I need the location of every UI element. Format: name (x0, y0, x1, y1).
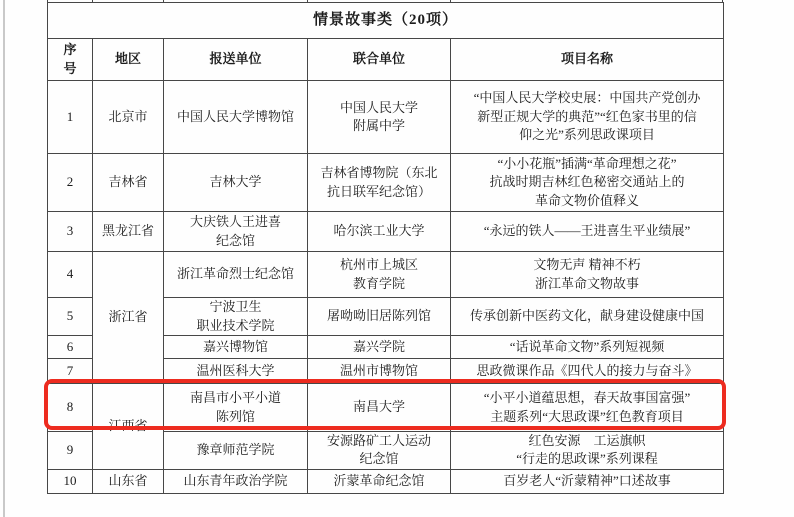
cell-region: 山东省 (93, 469, 164, 493)
table-row: 4浙江省浙江革命烈士纪念馆杭州市上城区 教育学院文物无声 精神不朽 浙江革命文物… (48, 252, 724, 298)
cell-unit: 嘉兴博物馆 (164, 336, 308, 359)
cell-unit: 温州医科大学 (164, 359, 308, 384)
cell-unit: 南昌市小平小道 陈列馆 (164, 384, 308, 432)
cell-unit: 山东青年政治学院 (164, 469, 308, 493)
cell-joint-unit: 杭州市上城区 教育学院 (308, 252, 451, 298)
cell-no: 1 (48, 81, 93, 154)
cell-project-name: 百岁老人“沂蒙精神”口述故事 (451, 469, 724, 493)
cell-project-name: 传承创新中医药文化，献身建设健康中国 (451, 298, 724, 336)
cell-project-name: “永远的铁人——王进喜生平业绩展” (451, 212, 724, 252)
cell-unit: 中国人民大学博物馆 (164, 81, 308, 154)
cell-no: 9 (48, 432, 93, 470)
document-page: 情景故事类（20项） 序 号 地区 报送单位 联合单位 项目名称 1北京市中国人… (0, 0, 794, 517)
cell-no: 2 (48, 154, 93, 212)
table-title: 情景故事类（20项） (48, 3, 724, 39)
col-header-joint-unit: 联合单位 (308, 39, 451, 81)
cell-unit: 大庆铁人王进喜 纪念馆 (164, 212, 308, 252)
cell-joint-unit: 屠呦呦旧居陈列馆 (308, 298, 451, 336)
cell-joint-unit: 沂蒙革命纪念馆 (308, 469, 451, 493)
cell-no: 8 (48, 384, 93, 432)
cell-joint-unit: 哈尔滨工业大学 (308, 212, 451, 252)
cell-no: 7 (48, 359, 93, 384)
cell-project-name: “小小花瓶”插满“革命理想之花” 抗战时期吉林红色秘密交通站上的 革命文物价值释… (451, 154, 724, 212)
table-row: 3黑龙江省大庆铁人王进喜 纪念馆哈尔滨工业大学“永远的铁人——王进喜生平业绩展” (48, 212, 724, 252)
cell-unit: 豫章师范学院 (164, 432, 308, 470)
cell-no: 4 (48, 252, 93, 298)
cell-joint-unit: 嘉兴学院 (308, 336, 451, 359)
table-row: 2吉林省吉林大学吉林省博物院（东北 抗日联军纪念馆）“小小花瓶”插满“革命理想之… (48, 154, 724, 212)
table-row: 8江西省南昌市小平小道 陈列馆南昌大学“小平小道蕴思想，春天故事国富强” 主题系… (48, 384, 724, 432)
table-title-row: 情景故事类（20项） (48, 3, 724, 39)
page-left-edge (3, 0, 5, 517)
cell-joint-unit: 中国人民大学 附属中学 (308, 81, 451, 154)
table-row: 1北京市中国人民大学博物馆中国人民大学 附属中学“中国人民大学校史展：中国共产党… (48, 81, 724, 154)
cell-no: 5 (48, 298, 93, 336)
cell-project-name: 文物无声 精神不朽 浙江革命文物故事 (451, 252, 724, 298)
cell-no: 6 (48, 336, 93, 359)
cell-joint-unit: 吉林省博物院（东北 抗日联军纪念馆） (308, 154, 451, 212)
cell-project-name: “话说革命文物”系列短视频 (451, 336, 724, 359)
cell-unit: 吉林大学 (164, 154, 308, 212)
col-header-region: 地区 (93, 39, 164, 81)
cell-region: 北京市 (93, 81, 164, 154)
cell-joint-unit: 南昌大学 (308, 384, 451, 432)
cell-no: 10 (48, 469, 93, 493)
story-category-table: 情景故事类（20项） 序 号 地区 报送单位 联合单位 项目名称 1北京市中国人… (47, 2, 724, 494)
cell-unit: 浙江革命烈士纪念馆 (164, 252, 308, 298)
cell-joint-unit: 安源路矿工人运动 纪念馆 (308, 432, 451, 470)
cell-region: 江西省 (93, 384, 164, 470)
cell-unit: 宁波卫生 职业技术学院 (164, 298, 308, 336)
cell-project-name: 思政微课作品《四代人的接力与奋斗》 (451, 359, 724, 384)
table-row: 10山东省山东青年政治学院沂蒙革命纪念馆百岁老人“沂蒙精神”口述故事 (48, 469, 724, 493)
cell-no: 3 (48, 212, 93, 252)
cell-project-name: “小平小道蕴思想，春天故事国富强” 主题系列“大思政课”红色教育项目 (451, 384, 724, 432)
col-header-unit: 报送单位 (164, 39, 308, 81)
col-header-no: 序 号 (48, 39, 93, 81)
cell-project-name: “中国人民大学校史展：中国共产党创办 新型正规大学的典范”“红色家书里的信 仰之… (451, 81, 724, 154)
col-header-project-name: 项目名称 (451, 39, 724, 81)
cell-project-name: 红色安源 工运旗帜 “行走的思政课”系列课程 (451, 432, 724, 470)
table-header-row: 序 号 地区 报送单位 联合单位 项目名称 (48, 39, 724, 81)
cell-region: 黑龙江省 (93, 212, 164, 252)
cell-joint-unit: 温州市博物馆 (308, 359, 451, 384)
cell-region: 浙江省 (93, 252, 164, 384)
cell-region: 吉林省 (93, 154, 164, 212)
